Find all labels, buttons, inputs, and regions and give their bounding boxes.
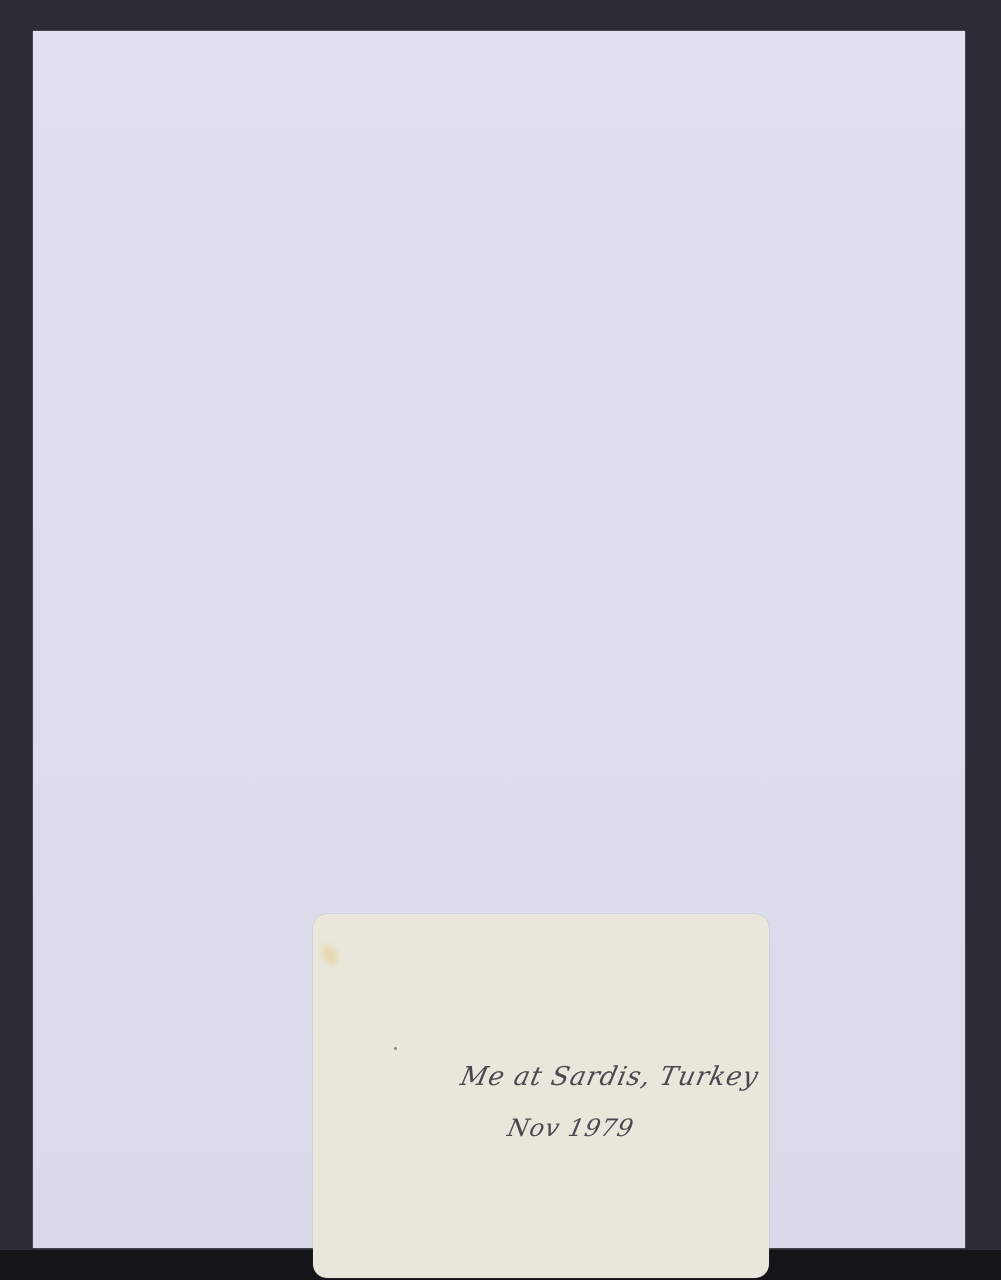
photo-back-card: Me at Sardis, Turkey Nov 1979 — [313, 914, 769, 1278]
handwritten-date: Nov 1979 — [505, 1114, 637, 1142]
handwritten-caption: Me at Sardis, Turkey — [458, 1062, 762, 1092]
paper-sheet: Me at Sardis, Turkey Nov 1979 — [33, 31, 965, 1248]
speck-mark — [394, 1047, 397, 1050]
stain-mark — [318, 942, 341, 968]
